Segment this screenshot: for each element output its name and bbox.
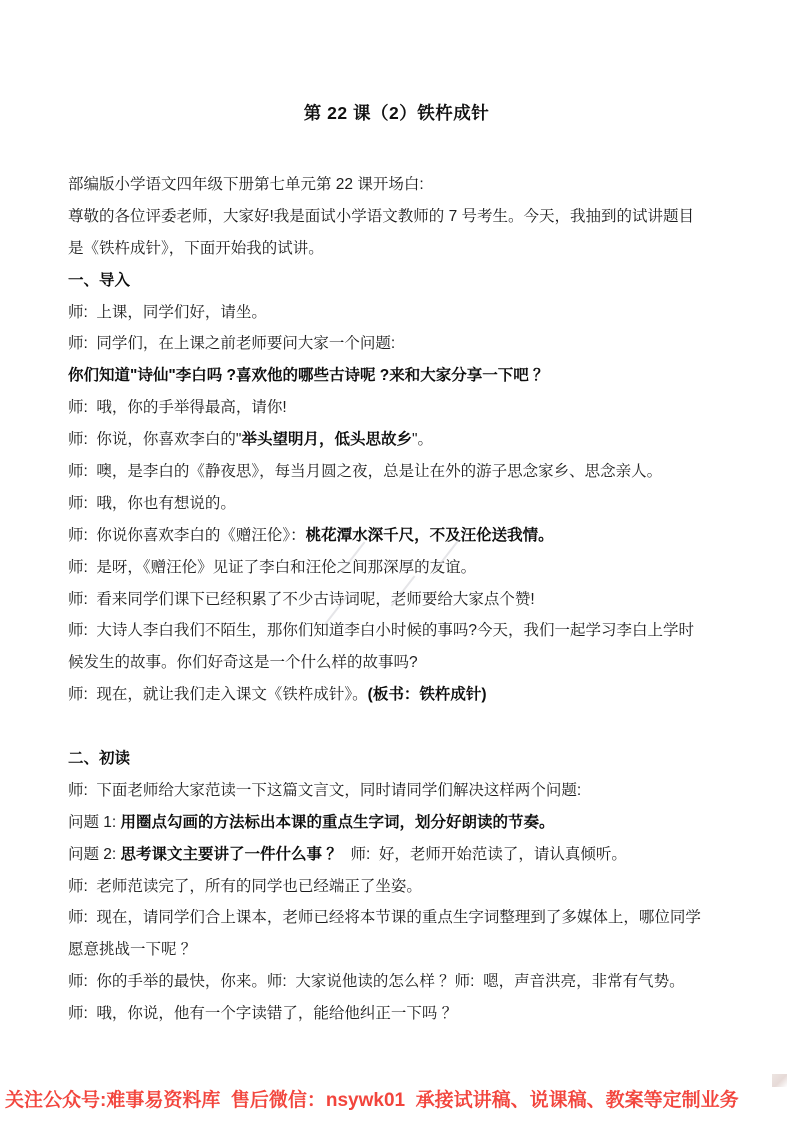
text-line: 师: 你的手举的最快，你来。师: 大家说他读的怎么样 ？师: 嗯，声音洪亮，非常… bbox=[68, 966, 728, 998]
text-segment-bold: 桃花潭水深千尺，不及汪伦送我情。 bbox=[306, 527, 554, 544]
text-line: 你们知道"诗仙"李白吗 ?喜欢他的哪些古诗呢 ?来和大家分享一下吧 ？ bbox=[68, 360, 728, 392]
text-line: 师: 上课，同学们好，请坐。 bbox=[68, 297, 728, 329]
text-segment-bold: 一、导入 bbox=[68, 272, 130, 289]
text-segment: 师: 你说你喜欢李白的《赠汪伦》： bbox=[68, 527, 306, 544]
text-segment: 师: 现在，请同学们合上课本，老师已经将本节课的重点生字词整理到了多媒体上，哪位… bbox=[68, 909, 701, 926]
text-segment: 师: 哦，你说，他有一个字读错了，能给他纠正一下吗 ？ bbox=[68, 1005, 457, 1022]
text-segment: 尊敬的各位评委老师，大家好!我是面试小学语文教师的 7 号考生。今天，我抽到的试… bbox=[68, 208, 694, 225]
text-segment: "。 bbox=[412, 431, 433, 448]
text-segment-bold: 用圈点勾画的方法标出本课的重点生字词，划分好朗读的节奏。 bbox=[121, 814, 555, 831]
text-line: 师: 现在，就让我们走入课文《铁杵成针》。(板书：铁杵成针) bbox=[68, 679, 728, 711]
text-segment: 师: 上课，同学们好，请坐。 bbox=[68, 304, 267, 321]
text-segment: 师: 同学们，在上课之前老师要问大家一个问题: bbox=[68, 335, 395, 352]
text-segment-bold: (板书：铁杵成针) bbox=[368, 686, 487, 703]
document-page: 第 22 课（2）铁杵成针 部编版小学语文四年级下册第七单元第 22 课开场白:… bbox=[0, 0, 793, 1122]
lesson-script-body: 部编版小学语文四年级下册第七单元第 22 课开场白:尊敬的各位评委老师，大家好!… bbox=[68, 169, 728, 1030]
text-line: 尊敬的各位评委老师，大家好!我是面试小学语文教师的 7 号考生。今天，我抽到的试… bbox=[68, 201, 728, 233]
text-segment: 候发生的故事。你们好奇这是一个什么样的故事吗? bbox=[68, 654, 418, 671]
text-line: 部编版小学语文四年级下册第七单元第 22 课开场白: bbox=[68, 169, 728, 201]
text-line: 师: 同学们，在上课之前老师要问大家一个问题: bbox=[68, 328, 728, 360]
text-line: 师: 哦，你也有想说的。 bbox=[68, 488, 728, 520]
text-segment: 师: 老师范读完了，所有的同学也已经端正了坐姿。 bbox=[68, 878, 422, 895]
text-line: 师: 下面老师给大家范读一下这篇文言文，同时请同学们解决这样两个问题: bbox=[68, 775, 728, 807]
promo-footer-text: 关注公众号:难事易资料库 售后微信：nsywk01 承接试讲稿、说课稿、教案等定… bbox=[5, 1087, 793, 1114]
text-line: 师: 现在，请同学们合上课本，老师已经将本节课的重点生字词整理到了多媒体上，哪位… bbox=[68, 902, 728, 934]
text-segment: 师: 大诗人李白我们不陌生，那你们知道李白小时候的事吗?今天，我们一起学习李白上… bbox=[68, 622, 694, 639]
text-segment: 愿意挑战一下呢 ？ bbox=[68, 941, 196, 958]
text-segment: 师: 下面老师给大家范读一下这篇文言文，同时请同学们解决这样两个问题: bbox=[68, 782, 581, 799]
blank-line bbox=[68, 711, 728, 743]
text-segment: 师: 你说，你喜欢李白的" bbox=[68, 431, 241, 448]
text-line: 愿意挑战一下呢 ？ bbox=[68, 934, 728, 966]
text-segment-bold: 二、初读 bbox=[68, 750, 130, 767]
text-line: 师: 你说你喜欢李白的《赠汪伦》：桃花潭水深千尺，不及汪伦送我情。 bbox=[68, 520, 728, 552]
text-segment: 问题 1: bbox=[68, 814, 121, 831]
text-segment: 师: 看来同学们课下已经积累了不少古诗词呢，老师要给大家点个赞! bbox=[68, 591, 535, 608]
text-line: 二、初读 bbox=[68, 743, 728, 775]
text-line: 师: 噢，是李白的《静夜思》，每当月圆之夜，总是让在外的游子思念家乡、思念亲人。 bbox=[68, 456, 728, 488]
text-line: 问题 1: 用圈点勾画的方法标出本课的重点生字词，划分好朗读的节奏。 bbox=[68, 807, 728, 839]
text-segment-bold: 举头望明月，低头思故乡 bbox=[241, 431, 412, 448]
text-segment: 师: 你的手举的最快，你来。师: 大家说他读的怎么样 ？师: 嗯，声音洪亮，非常… bbox=[68, 973, 685, 990]
text-segment: 师: 现在，就让我们走入课文《铁杵成针》。 bbox=[68, 686, 368, 703]
text-line: 候发生的故事。你们好奇这是一个什么样的故事吗? bbox=[68, 647, 728, 679]
text-line: 一、导入 bbox=[68, 265, 728, 297]
text-line: 问题 2: 思考课文主要讲了一件什么事 ？ 师: 好，老师开始范读了，请认真倾听… bbox=[68, 839, 728, 871]
text-line: 师: 老师范读完了，所有的同学也已经端正了坐姿。 bbox=[68, 871, 728, 903]
text-segment: 部编版小学语文四年级下册第七单元第 22 课开场白: bbox=[68, 176, 424, 193]
text-line: 是《铁杵成针》，下面开始我的试讲。 bbox=[68, 233, 728, 265]
text-segment-bold: 你们知道"诗仙"李白吗 ?喜欢他的哪些古诗呢 ?来和大家分享一下吧 ？ bbox=[68, 367, 549, 384]
text-segment: 师: 好，老师开始范读了，请认真倾听。 bbox=[342, 846, 627, 863]
text-line: 师: 是呀，《赠汪伦》见证了李白和汪伦之间那深厚的友谊。 bbox=[68, 552, 728, 584]
page-title: 第 22 课（2）铁杵成针 bbox=[0, 100, 793, 125]
text-line: 师: 哦，你的手举得最高，请你! bbox=[68, 392, 728, 424]
text-segment: 师: 哦，你的手举得最高，请你! bbox=[68, 399, 287, 416]
text-line: 师: 你说，你喜欢李白的"举头望明月，低头思故乡"。 bbox=[68, 424, 728, 456]
text-segment-bold: 思考课文主要讲了一件什么事 ？ bbox=[121, 846, 342, 863]
text-segment: 师: 哦，你也有想说的。 bbox=[68, 495, 236, 512]
edge-artifact bbox=[772, 1074, 787, 1087]
text-segment: 师: 噢，是李白的《静夜思》，每当月圆之夜，总是让在外的游子思念家乡、思念亲人。 bbox=[68, 463, 662, 480]
text-segment: 师: 是呀，《赠汪伦》见证了李白和汪伦之间那深厚的友谊。 bbox=[68, 559, 476, 576]
text-segment: 问题 2: bbox=[68, 846, 121, 863]
text-segment: 是《铁杵成针》，下面开始我的试讲。 bbox=[68, 240, 324, 257]
text-line: 师: 大诗人李白我们不陌生，那你们知道李白小时候的事吗?今天，我们一起学习李白上… bbox=[68, 615, 728, 647]
text-line: 师: 看来同学们课下已经积累了不少古诗词呢，老师要给大家点个赞! bbox=[68, 584, 728, 616]
text-line: 师: 哦，你说，他有一个字读错了，能给他纠正一下吗 ？ bbox=[68, 998, 728, 1030]
